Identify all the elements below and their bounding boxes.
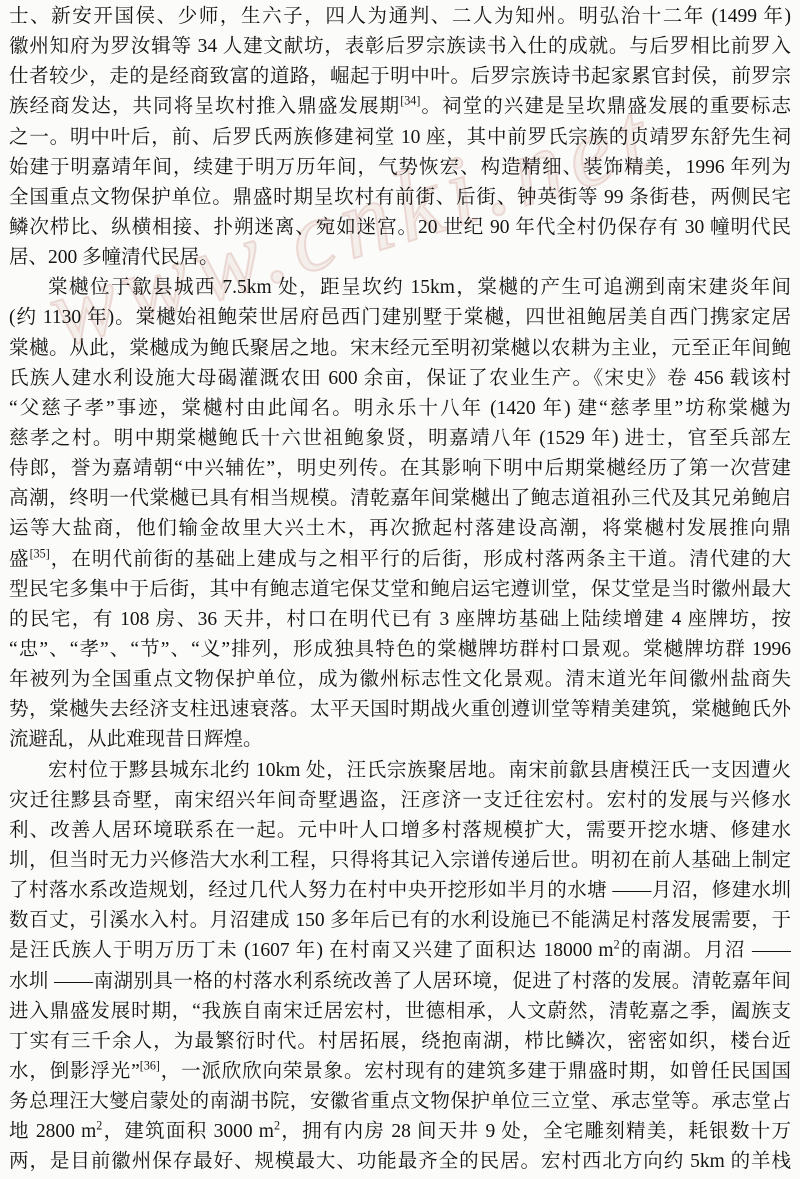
text-block: 士、新安开国侯、少师，生六子，四人为通判、二人为知州。明弘治十二年 (1499 … bbox=[9, 2, 791, 1177]
text-line: 势，棠樾失去经济支柱迅速衰落。太平天国时期战火重创遵训堂等精美建筑，棠樾鲍氏外 bbox=[9, 695, 791, 725]
text-line: 徽州知府为罗汝辑等 34 人建文献坊，表彰后罗宗族读书入仕的成就。与后罗相比前罗… bbox=[9, 32, 791, 62]
footnote-ref: [35] bbox=[30, 546, 50, 560]
text-line: 圳，但当时无力兴修浩大水利工程，只得将其记入宗谱传递后世。明初在前人基础上制定 bbox=[9, 846, 791, 876]
text-line: “父慈子孝”事迹，棠樾村由此闻名。明永乐十八年 (1420 年) 建“慈孝里”坊… bbox=[9, 394, 791, 424]
text-run: “父慈子孝”事迹，棠樾村由此闻名。明永乐十八年 (1420 年) 建“慈孝里”坊… bbox=[9, 398, 791, 419]
text-line: 盛[35]，在明代前街的基础上建成与之相平行的后街，形成村落两条主干道。清代建的… bbox=[9, 545, 791, 575]
text-line: 水圳 ——南湖别具一格的村落水利系统改善了人居环境，促进了村落的发展。清乾嘉年间 bbox=[9, 967, 791, 997]
text-run: 之一。明中叶后，前、后罗氏两族修建祠堂 10 座，其中前罗氏宗族的贞靖罗东舒先生… bbox=[9, 127, 791, 148]
text-run: ，拥有内房 28 间天井 9 处，全宅雕刻精美，耗银数十万 bbox=[280, 1121, 791, 1142]
text-run: ，建筑面积 3000 m bbox=[102, 1121, 274, 1142]
footnote-ref: [34] bbox=[400, 94, 420, 108]
text-run: 盛 bbox=[9, 549, 30, 570]
text-run: 的南湖。月沼 —— bbox=[620, 940, 791, 961]
text-line: 始建于明嘉靖年间，续建于明万历年间，气势恢宏、构造精细、装饰精美，1996 年列… bbox=[9, 153, 791, 183]
text-line: 灾迁往黟县奇墅，南宋绍兴年间奇墅遇盗，汪彦济一支迁往宏村。宏村的发展与兴修水 bbox=[9, 786, 791, 816]
text-line: 仕者较少，走的是经商致富的道路，崛起于明中叶。后罗宗族诗书起家累官封侯，前罗宗 bbox=[9, 62, 791, 92]
text-run: 圳，但当时无力兴修浩大水利工程，只得将其记入宗谱传递后世。明初在前人基础上制定 bbox=[9, 850, 791, 871]
text-line: 宏村位于黟县城东北约 10km 处，汪氏宗族聚居地。南宋前歙县唐模汪氏一支因遭火 bbox=[9, 756, 791, 786]
text-line: 利、改善人居环境联系在一起。元中叶人口增多村落规模扩大，需要开挖水塘、修建水 bbox=[9, 816, 791, 846]
text-line: 的民宅，有 108 房、36 天井，村口在明代已有 3 座牌坊基础上陆续增建 4… bbox=[9, 605, 791, 635]
text-run: 棠樾。从此，棠樾成为鲍氏聚居之地。宋末经元至明初棠樾以农耕为主业，元至正年间鲍 bbox=[9, 338, 791, 359]
footnote-ref: [36] bbox=[140, 1058, 160, 1072]
text-line: 高潮，终明一代棠樾已具有相当规模。清乾嘉年间棠樾出了鲍志道祖孙三代及其兄弟鲍启 bbox=[9, 484, 791, 514]
text-run: 型民宅多集中于后街，其中有鲍志道宅保艾堂和鲍启运宅遵训堂，保艾堂是当时徽州最大 bbox=[9, 579, 791, 600]
text-run: 徽州知府为罗汝辑等 34 人建文献坊，表彰后罗宗族读书入仕的成就。与后罗相比前罗… bbox=[9, 36, 791, 57]
text-run: 侍郎，誉为嘉靖朝“中兴辅佐”，明史列传。在其影响下明中后期棠樾经历了第一次营建 bbox=[9, 458, 791, 479]
text-line: 地 2800 m2，建筑面积 3000 m2，拥有内房 28 间天井 9 处，全… bbox=[9, 1117, 791, 1147]
text-run: (约 1130 年)。棠樾始祖鲍荣世居府邑西门建别墅于棠樾，四世祖鲍居美自西门携… bbox=[9, 307, 791, 328]
text-run: 水圳 ——南湖别具一格的村落水利系统改善了人居环境，促进了村落的发展。清乾嘉年间 bbox=[9, 971, 791, 992]
text-run: 鳞次栉比、纵横相接、扑朔迷离、宛如迷宫。20 世纪 90 年代全村仍保存有 30… bbox=[9, 217, 791, 238]
text-line: 型民宅多集中于后街，其中有鲍志道宅保艾堂和鲍启运宅遵训堂，保艾堂是当时徽州最大 bbox=[9, 575, 791, 605]
text-line: 侍郎，誉为嘉靖朝“中兴辅佐”，明史列传。在其影响下明中后期棠樾经历了第一次营建 bbox=[9, 454, 791, 484]
text-run: 两，是目前徽州保存最好、规模最大、功能最齐全的民居。宏村西北方向约 5km 的羊… bbox=[9, 1151, 791, 1172]
scanned-document-page: www.cnki.net 士、新安开国侯、少师，生六子，四人为通判、二人为知州。… bbox=[0, 0, 800, 1179]
text-line: 运等大盐商，他们输金故里大兴土木，再次掀起村落建设高潮，将棠樾村发展推向鼎 bbox=[9, 514, 791, 544]
text-run: 年被列为全国重点文物保护单位，成为徽州标志性文化景观。清末道光年间徽州盐商失 bbox=[9, 669, 791, 690]
text-run: 棠樾位于歙县城西 7.5km 处，距呈坎约 15km，棠樾的产生可追溯到南宋建炎… bbox=[48, 277, 791, 298]
text-run: 士、新安开国侯、少师，生六子，四人为通判、二人为知州。明弘治十二年 (1499 … bbox=[9, 6, 791, 27]
text-run: 务总理汪大燮启蒙处的南湖书院，安徽省重点文物保护单位三立堂、承志堂等。承志堂占 bbox=[9, 1091, 791, 1112]
text-line: 士、新安开国侯、少师，生六子，四人为通判、二人为知州。明弘治十二年 (1499 … bbox=[9, 2, 791, 32]
text-line: 数百丈，引溪水入村。月沼建成 150 多年后已有的水利设施已不能满足村落发展需要… bbox=[9, 906, 791, 936]
text-run: 数百丈，引溪水入村。月沼建成 150 多年后已有的水利设施已不能满足村落发展需要… bbox=[9, 910, 791, 931]
text-line: “忠”、“孝”、“节”、“义”排列，形成独具特色的棠樾牌坊群村口景观。棠樾牌坊群… bbox=[9, 635, 791, 665]
text-run: 是汪氏族人于明万历丁未 (1607 年) 在村南又兴建了面积达 18000 m bbox=[9, 940, 614, 961]
text-run: 灾迁往黟县奇墅，南宋绍兴年间奇墅遇盗，汪彦济一支迁往宏村。宏村的发展与兴修水 bbox=[9, 790, 791, 811]
text-line: 棠樾。从此，棠樾成为鲍氏聚居之地。宋末经元至明初棠樾以农耕为主业，元至正年间鲍 bbox=[9, 334, 791, 364]
text-line: 进入鼎盛发展时期，“我族自南宋迁居宏村，世德相承，人文蔚然，清乾嘉之季，阖族支 bbox=[9, 997, 791, 1027]
text-line: 是汪氏族人于明万历丁未 (1607 年) 在村南又兴建了面积达 18000 m2… bbox=[9, 936, 791, 966]
text-line: 流避乱，从此难现昔日辉煌。 bbox=[9, 725, 791, 755]
text-run: 进入鼎盛发展时期，“我族自南宋迁居宏村，世德相承，人文蔚然，清乾嘉之季，阖族支 bbox=[9, 1001, 791, 1022]
text-run: 。祠堂的兴建是呈坎鼎盛发展的重要标志 bbox=[420, 96, 791, 117]
text-run: 势，棠樾失去经济支柱迅速衰落。太平天国时期战火重创遵训堂等精美建筑，棠樾鲍氏外 bbox=[9, 699, 791, 720]
text-run: 了村落水系改造规划，经过几代人努力在村中央开挖形如半月的水塘 ——月沼，修建水圳 bbox=[9, 880, 791, 901]
text-line: 居、200 多幢清代民居。 bbox=[9, 243, 791, 273]
text-run: “忠”、“孝”、“节”、“义”排列，形成独具特色的棠樾牌坊群村口景观。棠樾牌坊群… bbox=[9, 639, 791, 660]
text-run: 氏族人建水利设施大母碣灌溉农田 600 余亩，保证了农业生产。《宋史》卷 456… bbox=[9, 368, 791, 389]
text-line: 鳞次栉比、纵横相接、扑朔迷离、宛如迷宫。20 世纪 90 年代全村仍保存有 30… bbox=[9, 213, 791, 243]
text-run: 族经商发达，共同将呈坎村推入鼎盛发展期 bbox=[9, 96, 400, 117]
text-line: 了村落水系改造规划，经过几代人努力在村中央开挖形如半月的水塘 ——月沼，修建水圳 bbox=[9, 876, 791, 906]
text-line: 两，是目前徽州保存最好、规模最大、功能最齐全的民居。宏村西北方向约 5km 的羊… bbox=[9, 1147, 791, 1177]
text-line: 年被列为全国重点文物保护单位，成为徽州标志性文化景观。清末道光年间徽州盐商失 bbox=[9, 665, 791, 695]
text-run: 始建于明嘉靖年间，续建于明万历年间，气势恢宏、构造精细、装饰精美，1996 年列… bbox=[9, 157, 791, 178]
text-run: 的民宅，有 108 房、36 天井，村口在明代已有 3 座牌坊基础上陆续增建 4… bbox=[9, 609, 791, 630]
text-run: ，一派欣欣向荣景象。宏村现有的建筑多建于鼎盛时期，如曾任民国国 bbox=[160, 1061, 791, 1082]
text-run: 全国重点文物保护单位。鼎盛时期呈坎村有前街、后街、钟英街等 99 条街巷，两侧民… bbox=[9, 187, 791, 208]
text-run: 丁实有三千余人，为最繁衍时代。村居拓展，绕抱南湖，栉比鳞次，密密如织，楼台近 bbox=[9, 1031, 791, 1052]
text-run: 利、改善人居环境联系在一起。元中叶人口增多村落规模扩大，需要开挖水塘、修建水 bbox=[9, 820, 791, 841]
text-run: 仕者较少，走的是经商致富的道路，崛起于明中叶。后罗宗族诗书起家累官封侯，前罗宗 bbox=[9, 66, 791, 87]
text-run: 流避乱，从此难现昔日辉煌。 bbox=[9, 729, 263, 750]
text-line: 慈孝之村。明中期棠樾鲍氏十六世祖鲍象贤，明嘉靖八年 (1529 年) 进士，官至… bbox=[9, 424, 791, 454]
text-run: 运等大盐商，他们输金故里大兴土木，再次掀起村落建设高潮，将棠樾村发展推向鼎 bbox=[9, 518, 791, 539]
text-line: 族经商发达，共同将呈坎村推入鼎盛发展期[34]。祠堂的兴建是呈坎鼎盛发展的重要标… bbox=[9, 92, 791, 122]
text-line: 丁实有三千余人，为最繁衍时代。村居拓展，绕抱南湖，栉比鳞次，密密如织，楼台近 bbox=[9, 1027, 791, 1057]
text-line: 务总理汪大燮启蒙处的南湖书院，安徽省重点文物保护单位三立堂、承志堂等。承志堂占 bbox=[9, 1087, 791, 1117]
text-line: (约 1130 年)。棠樾始祖鲍荣世居府邑西门建别墅于棠樾，四世祖鲍居美自西门携… bbox=[9, 303, 791, 333]
text-line: 棠樾位于歙县城西 7.5km 处，距呈坎约 15km，棠樾的产生可追溯到南宋建炎… bbox=[9, 273, 791, 303]
text-run: 水，倒影浮光” bbox=[9, 1061, 140, 1082]
text-line: 之一。明中叶后，前、后罗氏两族修建祠堂 10 座，其中前罗氏宗族的贞靖罗东舒先生… bbox=[9, 123, 791, 153]
text-run: ，在明代前街的基础上建成与之相平行的后街，形成村落两条主干道。清代建的大 bbox=[50, 549, 791, 570]
text-run: 慈孝之村。明中期棠樾鲍氏十六世祖鲍象贤，明嘉靖八年 (1529 年) 进士，官至… bbox=[9, 428, 791, 449]
text-line: 氏族人建水利设施大母碣灌溉农田 600 余亩，保证了农业生产。《宋史》卷 456… bbox=[9, 364, 791, 394]
text-line: 全国重点文物保护单位。鼎盛时期呈坎村有前街、后街、钟英街等 99 条街巷，两侧民… bbox=[9, 183, 791, 213]
text-line: 水，倒影浮光”[36]，一派欣欣向荣景象。宏村现有的建筑多建于鼎盛时期，如曾任民… bbox=[9, 1057, 791, 1087]
text-run: 高潮，终明一代棠樾已具有相当规模。清乾嘉年间棠樾出了鲍志道祖孙三代及其兄弟鲍启 bbox=[9, 488, 791, 509]
text-run: 地 2800 m bbox=[9, 1121, 96, 1142]
text-run: 宏村位于黟县城东北约 10km 处，汪氏宗族聚居地。南宋前歙县唐模汪氏一支因遭火 bbox=[48, 760, 791, 781]
text-run: 居、200 多幢清代民居。 bbox=[9, 247, 219, 268]
